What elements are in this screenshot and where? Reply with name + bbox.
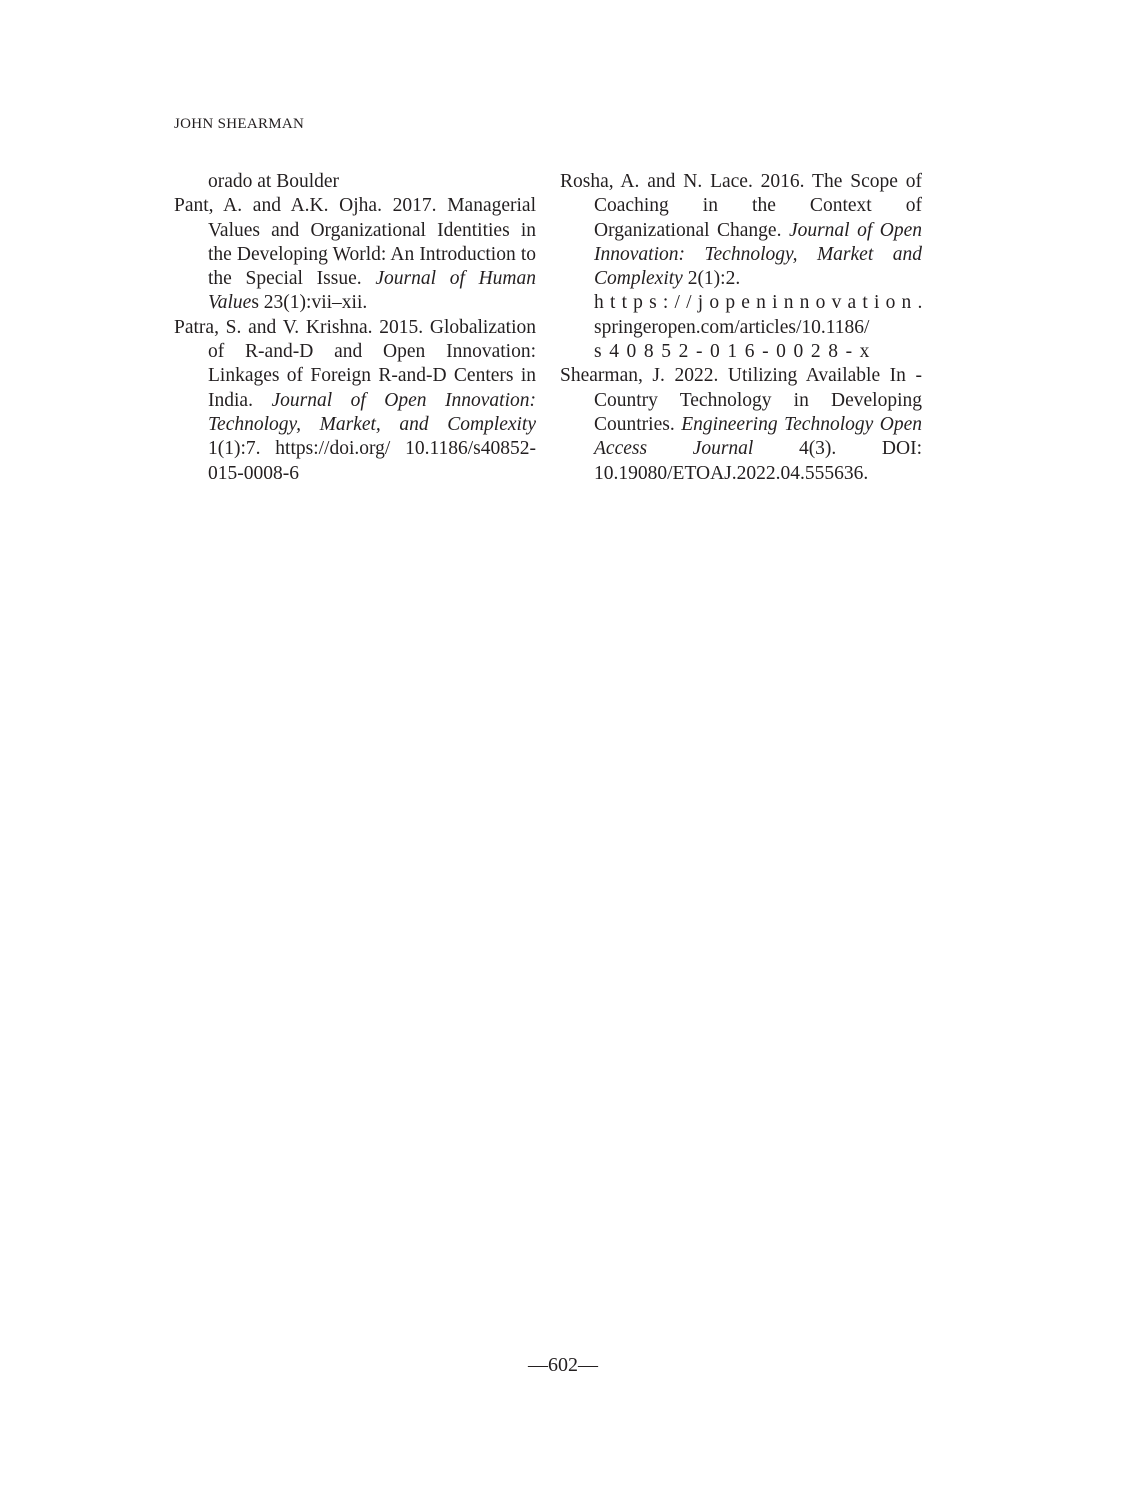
reference-url[interactable]: springeropen.com/articles/10.1186/ xyxy=(594,317,869,338)
references-left-column: orado at Boulder Pant, A. and A.K. Ojha.… xyxy=(174,170,536,486)
reference-url[interactable]: https://jopeninnovation. xyxy=(594,292,929,313)
references-right-column: Rosha, A. and N. Lace. 2016. The Scope o… xyxy=(560,170,922,486)
reference-continuation: orado at Boulder xyxy=(174,170,536,194)
reference-details: 23(1):vii–xii. xyxy=(259,292,367,313)
reference-details: 2(1):2. xyxy=(683,268,740,289)
page-number: —602— xyxy=(0,1354,1126,1377)
running-head: JOHN SHEARMAN xyxy=(174,116,304,133)
reference-url[interactable]: s40852-016-0028-x xyxy=(594,341,877,362)
journal-title-tail: s xyxy=(251,292,259,313)
reference-details: 1(1):7. https://doi.org/ 10.1186/s40852-… xyxy=(208,438,536,483)
reference-entry: Patra, S. and V. Krishna. 2015. Globaliz… xyxy=(174,316,536,486)
reference-entry: Shearman, J. 2022. Utilizing Available I… xyxy=(560,364,922,485)
reference-entry: Rosha, A. and N. Lace. 2016. The Scope o… xyxy=(560,170,922,364)
reference-entry: Pant, A. and A.K. Ojha. 2017. Managerial… xyxy=(174,194,536,315)
